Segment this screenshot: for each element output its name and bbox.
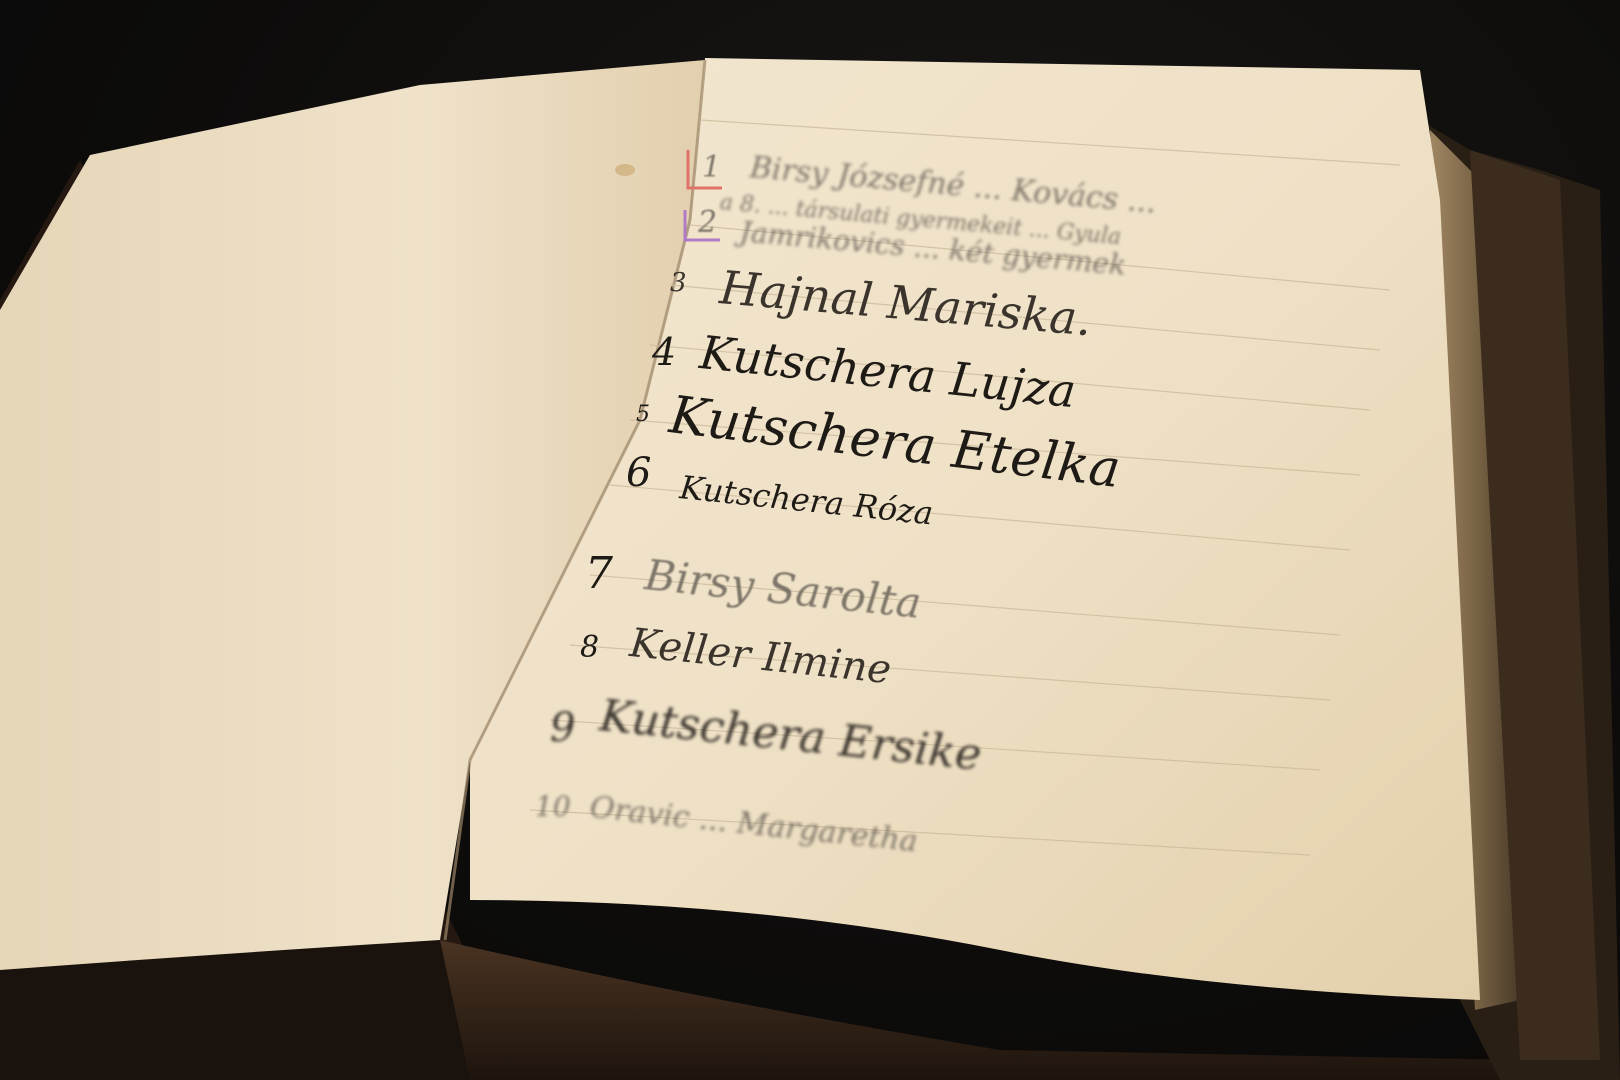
entry-number: 6 [626, 450, 651, 496]
entry-number: 7 [585, 548, 613, 599]
entry-number: 3 [670, 268, 687, 298]
entry-number: 9 [550, 705, 575, 751]
entry-number: 2 [698, 205, 717, 240]
entry-number: 1 [702, 150, 721, 185]
entry-number: 5 [636, 402, 650, 427]
entry-number: 10 [535, 790, 571, 823]
entry-number: 8 [580, 630, 599, 665]
entry-number: 4 [652, 330, 676, 374]
photo-scene: 1 2 3 4 5 6 7 8 9 10 Birsy Józsefné ... … [0, 0, 1620, 1080]
